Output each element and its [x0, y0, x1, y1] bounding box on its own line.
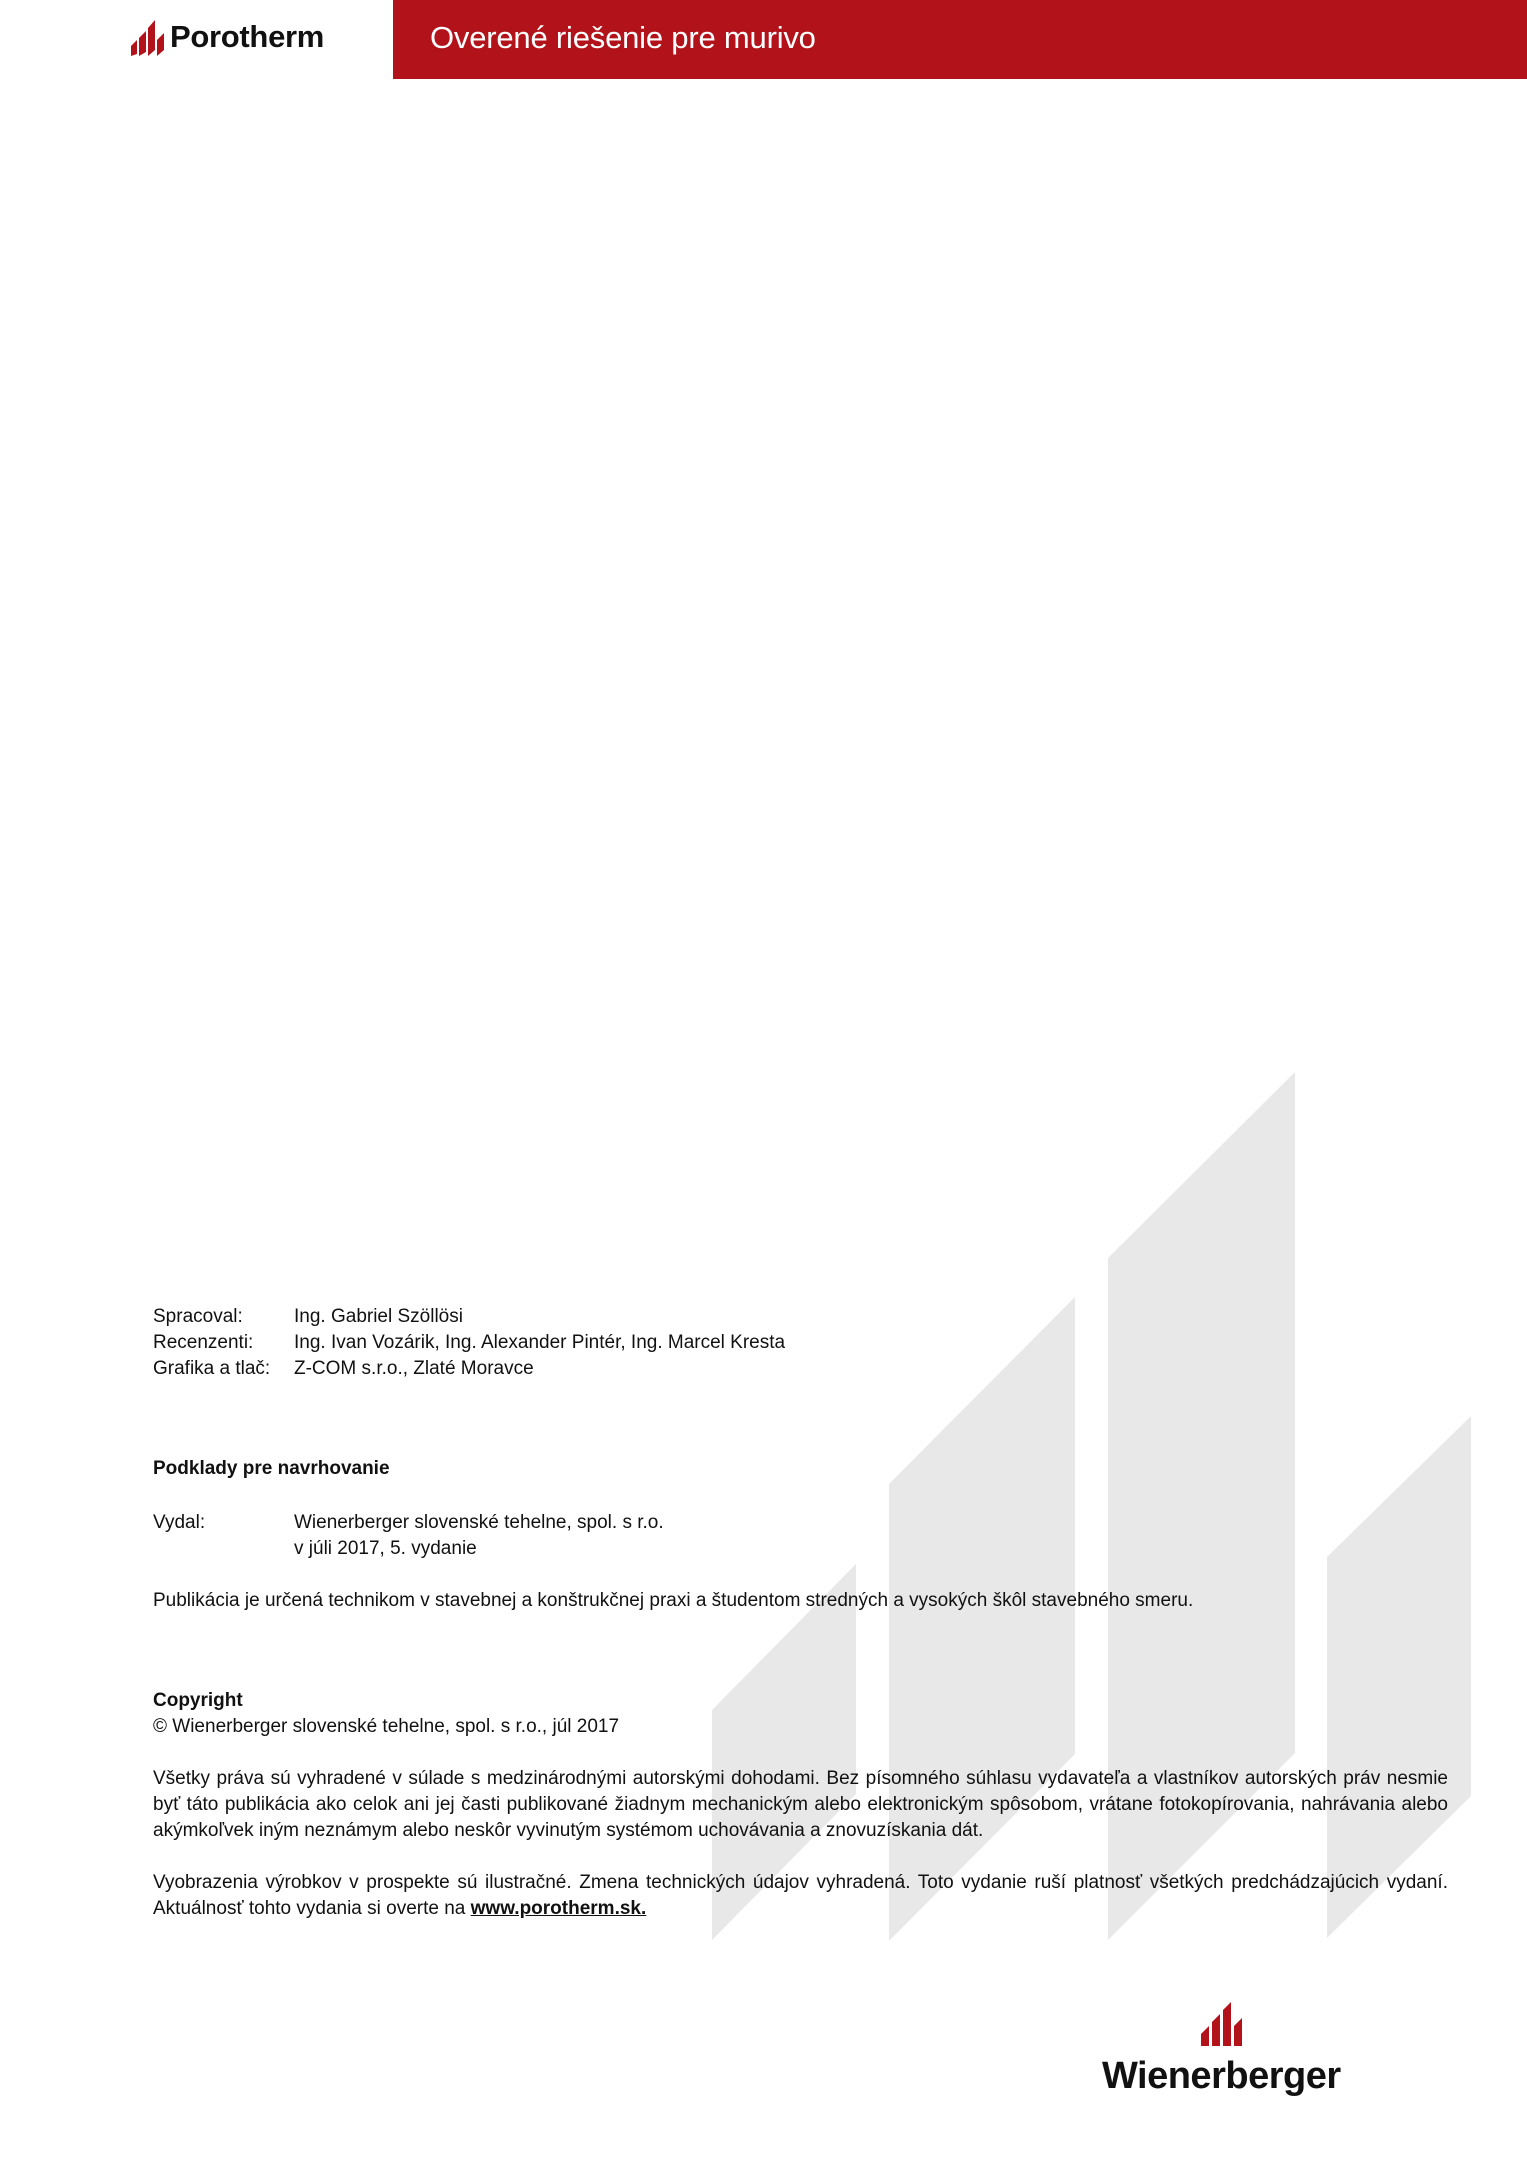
edition-row: v júli 2017, 5. vydanie: [153, 1536, 477, 1562]
tagline: Overené riešenie pre murivo: [430, 20, 816, 56]
disclaimer: Vyobrazenia výrobkov v prospekte sú ilus…: [153, 1870, 1448, 1922]
credit-row: Recenzenti: Ing. Ivan Vozárik, Ing. Alex…: [153, 1330, 785, 1356]
credit-row: Spracoval: Ing. Gabriel Szöllösi: [153, 1304, 463, 1330]
publisher-row: Vydal: Wienerberger slovenské tehelne, s…: [153, 1510, 664, 1536]
header-bar: Overené riešenie pre murivo: [393, 0, 1527, 79]
credit-row: Grafika a tlač: Z-COM s.r.o., Zlaté Mora…: [153, 1356, 534, 1382]
credit-label: Spracoval:: [153, 1304, 294, 1330]
porotherm-bars-icon: [130, 16, 166, 56]
publisher-name: Wienerberger slovenské tehelne, spol. s …: [294, 1510, 664, 1536]
footer-brand-name: Wienerberger: [1102, 2057, 1341, 2095]
credit-label: Recenzenti:: [153, 1330, 294, 1356]
wienerberger-bars-icon: [1197, 2000, 1245, 2048]
audience-text: Publikácia je určená technikom v stavebn…: [153, 1588, 1448, 1614]
credit-value: Ing. Ivan Vozárik, Ing. Alexander Pintér…: [294, 1330, 785, 1356]
credit-value: Z-COM s.r.o., Zlaté Moravce: [294, 1356, 534, 1382]
porotherm-logo: Porotherm: [130, 16, 324, 56]
copyright-title: Copyright: [153, 1688, 1448, 1714]
publication-title: Podklady pre navrhovanie: [153, 1456, 1448, 1482]
credit-value: Ing. Gabriel Szöllösi: [294, 1304, 463, 1330]
edition-info: v júli 2017, 5. vydanie: [294, 1536, 477, 1562]
credit-label: Grafika a tlač:: [153, 1356, 294, 1382]
copyright-holder: © Wienerberger slovenské tehelne, spol. …: [153, 1714, 1448, 1740]
disclaimer-text: Vyobrazenia výrobkov v prospekte sú ilus…: [153, 1872, 1448, 1919]
wienerberger-logo: Wienerberger: [1102, 2000, 1341, 2095]
brand-name: Porotherm: [170, 21, 324, 52]
website-link[interactable]: www.porotherm.sk.: [471, 1898, 647, 1919]
publisher-label: Vydal:: [153, 1510, 294, 1536]
rights-text: Všetky práva sú vyhradené v súlade s med…: [153, 1766, 1448, 1844]
